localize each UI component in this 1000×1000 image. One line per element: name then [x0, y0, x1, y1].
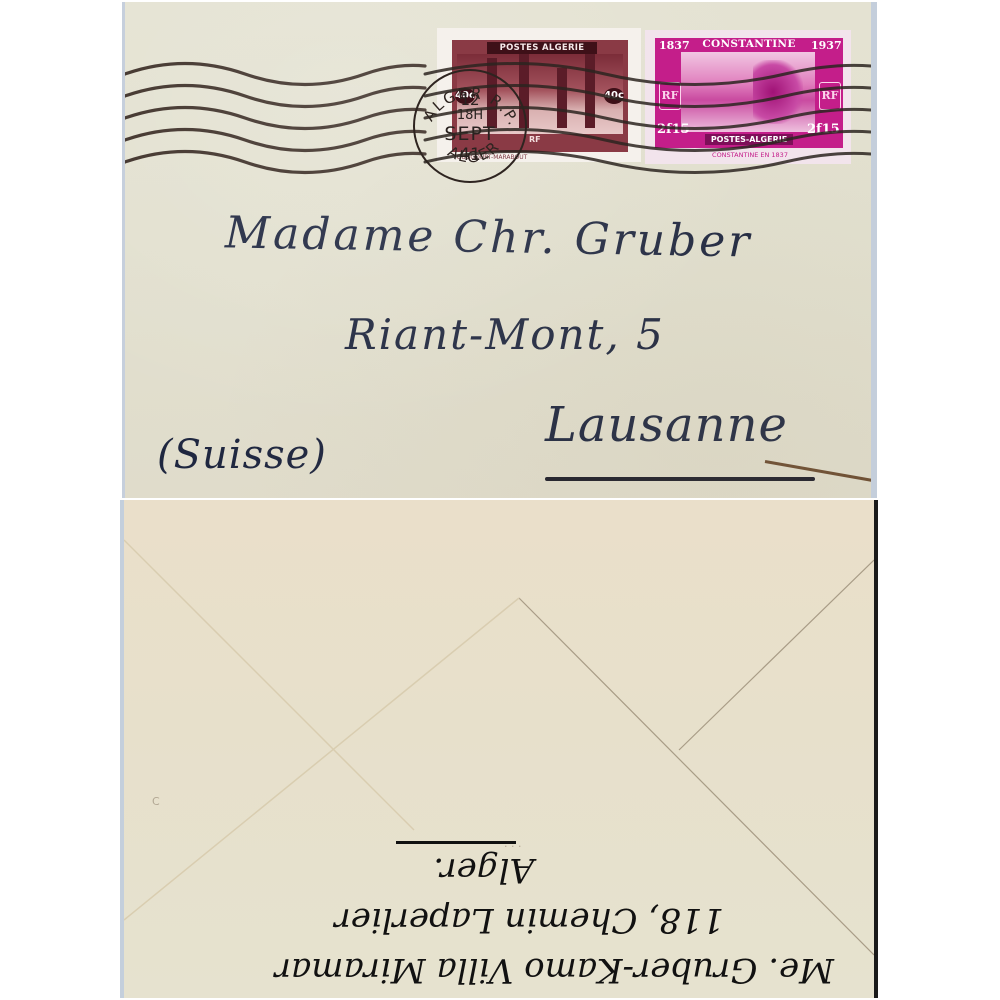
stamp-title: POSTES ALGERIE: [487, 42, 597, 54]
stamp-value-left: 2f15: [657, 122, 690, 137]
recipient-name: Madame Chr. Gruber: [225, 207, 753, 267]
sender-line-2: 118, Chemin Laperlier: [335, 900, 724, 940]
envelope-front: POSTES ALGERIE 40c 40c RF TOUGGOURT-MARA…: [122, 2, 871, 498]
stamp-rf-right: RF: [819, 82, 841, 110]
stamp-panel: POSTES-ALGERIE: [705, 134, 793, 145]
stamp-caption: CONSTANTINE EN 1837: [685, 151, 815, 159]
recipient-city: Lausanne: [545, 397, 788, 453]
stamp-value-right: 2f15: [807, 122, 840, 137]
postmark-alger: ALGER R.P. ALGER 12 18H SEPT 41: [413, 69, 527, 183]
sender-line-3: Alger.: [433, 850, 534, 890]
recipient-street: Riant-Mont, 5: [345, 310, 665, 359]
stamp-title: CONSTANTINE: [689, 38, 809, 50]
stamp-rf-left: RF: [659, 82, 681, 110]
stamp-value-right: 40c: [604, 88, 624, 104]
postmark-day: 12: [415, 93, 525, 108]
sender-underline: [396, 841, 516, 844]
sender-address-upside-down: Me. Gruber-Kamo Villa Miramar 118, Chemi…: [194, 840, 834, 990]
faint-postmark-trace: C: [152, 795, 160, 808]
postmark-hour: 18H: [415, 109, 525, 122]
rock-cliff: [753, 60, 803, 124]
stamp-year-left: 1837: [659, 39, 690, 52]
stamp-year-right: 1937: [811, 39, 842, 52]
postmark-month: SEPT: [415, 125, 525, 144]
sender-line-1: Me. Gruber-Kamo Villa Miramar: [275, 950, 834, 990]
postmark-year: 41: [415, 147, 525, 164]
stamp-constantine-2f15: 1837 1937 CONSTANTINE RF RF 2f15 2f15 PO…: [645, 30, 851, 164]
stamp-inscription: RF: [529, 135, 541, 144]
city-underline: [545, 477, 815, 481]
stamp-scene-constantine: [681, 52, 815, 132]
envelope-back: C · · · Me. Gruber-Kamo Villa Miramar 11…: [120, 500, 878, 998]
recipient-country: (Suisse): [157, 432, 327, 478]
